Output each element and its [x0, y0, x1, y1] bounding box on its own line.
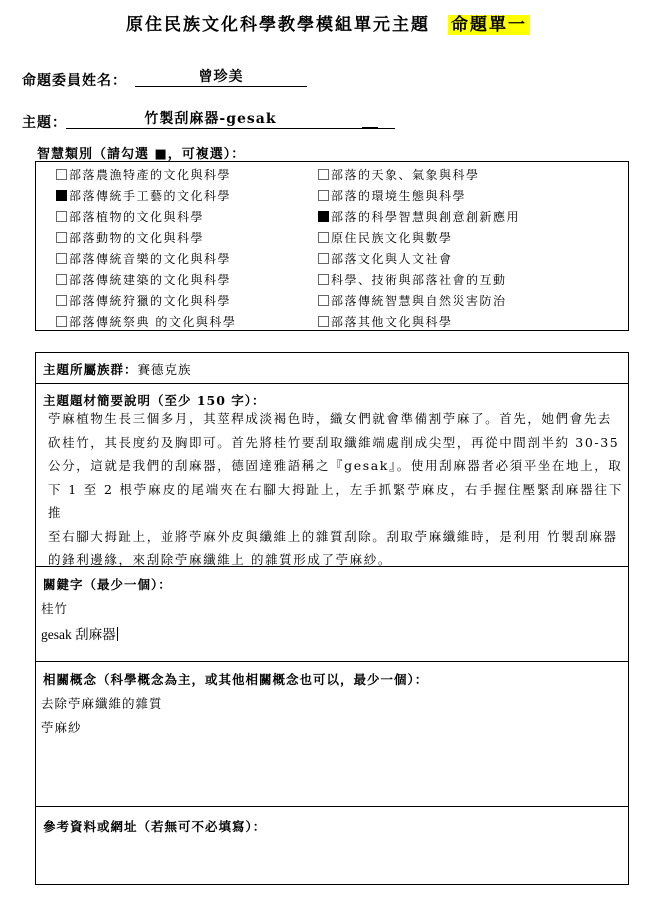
badge-highlight: 命題單一 [448, 15, 530, 35]
tribe-label: 主題所屬族群：賽德克族 [43, 360, 192, 378]
text-cursor [117, 627, 118, 641]
category-option[interactable]: 部落植物的文化與科學 [56, 206, 236, 227]
concepts-row[interactable]: 相關概念（科學概念為主，或其他相關概念也可以，最少一個）： 去除苧麻纖維的雜質 … [36, 662, 628, 807]
topic-field[interactable]: 竹製刮麻器-gesak [66, 110, 395, 129]
category-option[interactable]: 部落的環境生態與科學 [318, 185, 520, 206]
categories-left-column: 部落農漁特產的文化與科學 部落傳統手工藝的文化科學 部落植物的文化與科學 部落動… [56, 164, 236, 332]
categories-table: 部落農漁特產的文化與科學 部落傳統手工藝的文化科學 部落植物的文化與科學 部落動… [35, 161, 629, 331]
title-text: 原住民族文化科學教學模組單元主題 [126, 15, 430, 35]
keyword-item: 桂竹 [41, 599, 68, 617]
categories-right-column: 部落的天象、氣象與科學 部落的環境生態與科學 部落的科學智慧與創意創新應用 原住… [318, 164, 520, 332]
checkbox-icon[interactable] [56, 316, 67, 327]
checkbox-icon[interactable] [318, 232, 329, 243]
references-row[interactable]: 參考資料或網址（若無可不必填寫）： [36, 807, 628, 884]
info-table: 主題所屬族群：賽德克族 主題題材簡要說明（至少 150 字）： 苧麻植物生長三個… [35, 352, 629, 885]
summary-text[interactable]: 苧麻植物生長三個多月，其莖稈成淡褐色時，織女們就會準備割苧麻了。首先，她們會先去… [48, 407, 623, 572]
category-option[interactable]: 部落傳統手工藝的文化科學 [56, 185, 236, 206]
topic-label: 主題： [22, 112, 67, 132]
checkbox-icon[interactable] [56, 169, 67, 180]
concepts-label: 相關概念（科學概念為主，或其他相關概念也可以，最少一個）： [43, 670, 428, 688]
checkbox-icon[interactable] [318, 295, 329, 306]
underline-segment [362, 127, 378, 129]
category-option[interactable]: 部落傳統音樂的文化與科學 [56, 248, 236, 269]
checkbox-icon[interactable] [56, 232, 67, 243]
concept-item: 苧麻紗 [41, 718, 82, 736]
committee-label: 命題委員姓名： [22, 70, 127, 90]
tribe-value: 賽德克族 [138, 362, 192, 377]
category-option[interactable]: 部落的科學智慧與創意創新應用 [318, 206, 520, 227]
checkbox-icon[interactable] [56, 274, 67, 285]
checkbox-checked-icon[interactable] [56, 190, 67, 201]
category-option[interactable]: 部落傳統祭典 的文化與科學 [56, 311, 236, 332]
checkbox-icon[interactable] [318, 274, 329, 285]
tribe-row[interactable]: 主題所屬族群：賽德克族 [36, 353, 628, 384]
concept-item: 去除苧麻纖維的雜質 [41, 694, 163, 712]
committee-field[interactable]: 曾珍美 [135, 68, 307, 87]
category-option[interactable]: 部落農漁特產的文化與科學 [56, 164, 236, 185]
category-option[interactable]: 部落其他文化與科學 [318, 311, 520, 332]
checkbox-checked-icon[interactable] [318, 211, 329, 222]
category-option[interactable]: 部落的天象、氣象與科學 [318, 164, 520, 185]
category-option[interactable]: 部落傳統狩獵的文化與科學 [56, 290, 236, 311]
checkbox-icon[interactable] [56, 211, 67, 222]
checkbox-icon[interactable] [56, 295, 67, 306]
checkbox-icon[interactable] [318, 169, 329, 180]
categories-heading: 智慧類別（請勾選 ■，可複選）： [37, 143, 245, 162]
category-option[interactable]: 部落文化與人文社會 [318, 248, 520, 269]
checkbox-icon[interactable] [318, 253, 329, 264]
category-option[interactable]: 部落傳統智慧與自然災害防治 [318, 290, 520, 311]
category-option[interactable]: 原住民族文化與數學 [318, 227, 520, 248]
summary-row[interactable]: 主題題材簡要說明（至少 150 字）： 苧麻植物生長三個多月，其莖稈成淡褐色時，… [36, 384, 628, 567]
keyword-item: gesak 刮麻器 [41, 623, 118, 643]
checkbox-icon[interactable] [56, 253, 67, 264]
checkbox-icon[interactable] [318, 316, 329, 327]
checkbox-icon[interactable] [318, 190, 329, 201]
references-label: 參考資料或網址（若無可不必填寫）： [43, 817, 266, 835]
page-title: 原住民族文化科學教學模組單元主題命題單一 [0, 10, 656, 35]
keywords-label: 關鍵字（最少一個）： [43, 575, 172, 593]
category-option[interactable]: 科學、技術與部落社會的互動 [318, 269, 520, 290]
keywords-row[interactable]: 關鍵字（最少一個）： 桂竹 gesak 刮麻器 [36, 567, 628, 662]
category-option[interactable]: 部落傳統建築的文化與科學 [56, 269, 236, 290]
category-option[interactable]: 部落動物的文化與科學 [56, 227, 236, 248]
